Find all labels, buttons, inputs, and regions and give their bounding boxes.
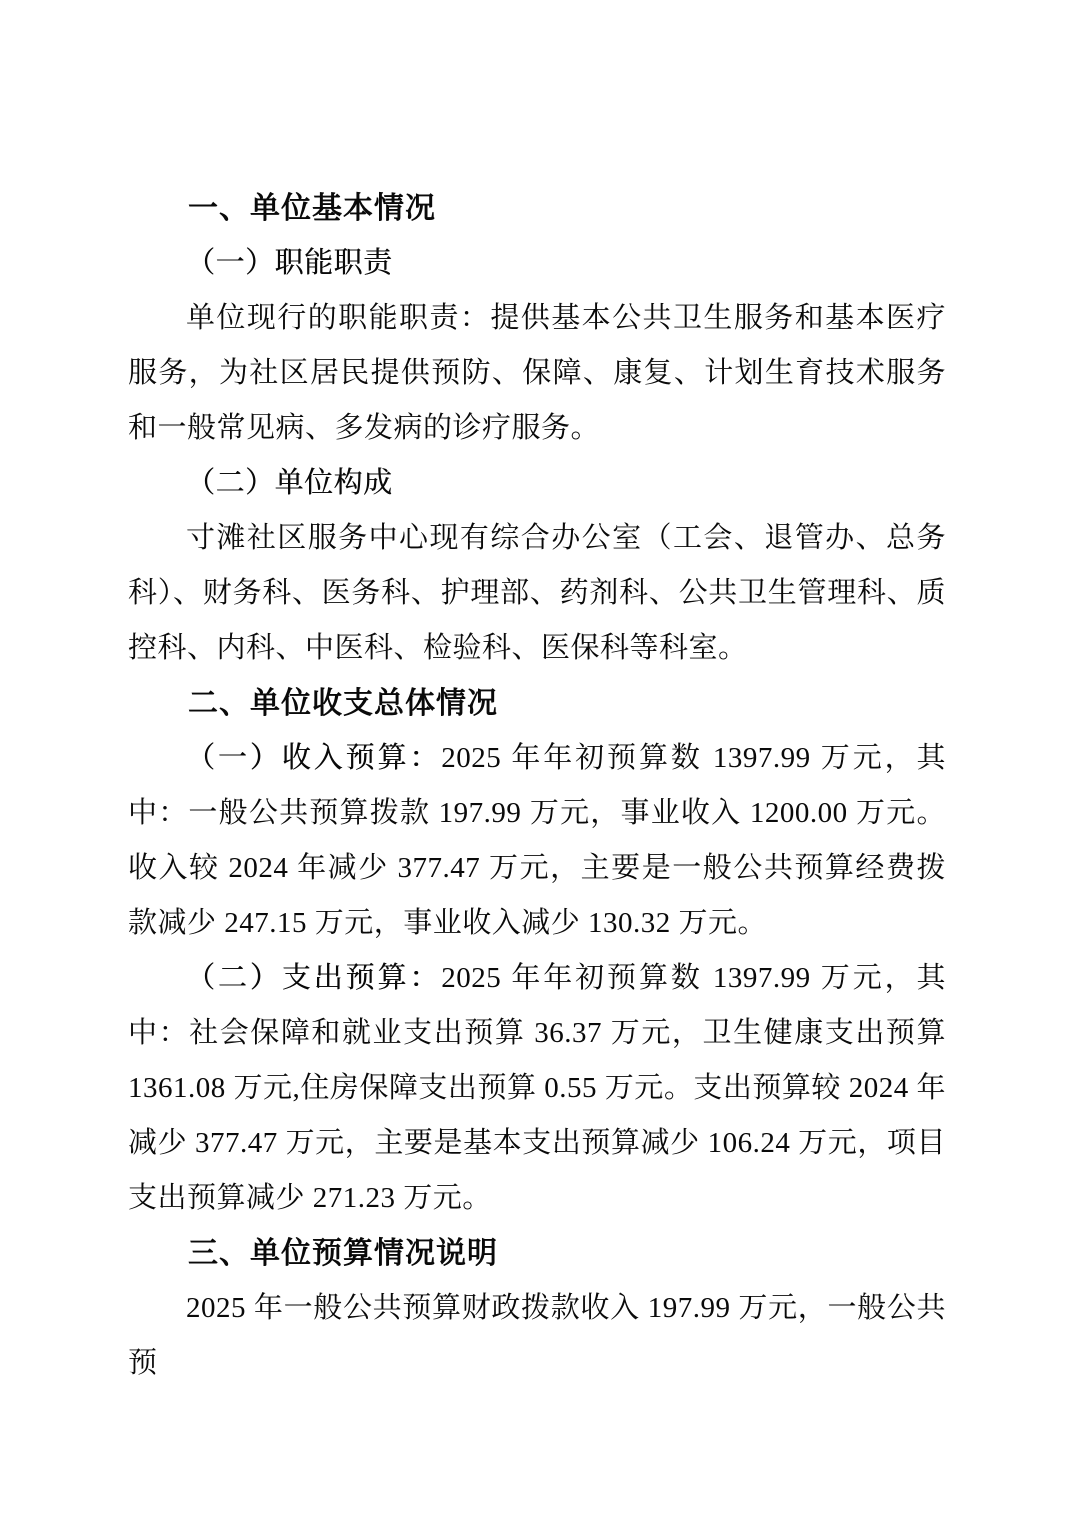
- section-2-heading: 二、单位收支总体情况: [128, 676, 946, 731]
- document-page: 一、单位基本情况 （一）职能职责 单位现行的职能职责：提供基本公共卫生服务和基本…: [0, 0, 1074, 1520]
- paragraph-income-budget: （一）收入预算：2025 年年初预算数 1397.99 万元，其中：一般公共预算…: [128, 731, 946, 951]
- document-body: 一、单位基本情况 （一）职能职责 单位现行的职能职责：提供基本公共卫生服务和基本…: [128, 181, 946, 1391]
- section-1-heading: 一、单位基本情况: [128, 181, 946, 236]
- section-3-heading: 三、单位预算情况说明: [128, 1226, 946, 1281]
- paragraph-composition: 寸滩社区服务中心现有综合办公室（工会、退管办、总务科）、财务科、医务科、护理部、…: [128, 511, 946, 676]
- subsection-1-1-heading: （一）职能职责: [128, 236, 946, 291]
- subsection-1-2-heading: （二）单位构成: [128, 456, 946, 511]
- paragraph-budget-explanation: 2025 年一般公共预算财政拨款收入 197.99 万元，一般公共预: [128, 1281, 946, 1391]
- expenditure-budget-label: （二）支出预算：: [186, 962, 441, 994]
- paragraph-expenditure-budget: （二）支出预算：2025 年年初预算数 1397.99 万元，其中：社会保障和就…: [128, 951, 946, 1226]
- expenditure-budget-text: 2025 年年初预算数 1397.99 万元，其中：社会保障和就业支出预算 36…: [128, 962, 946, 1214]
- paragraph-duties: 单位现行的职能职责：提供基本公共卫生服务和基本医疗服务，为社区居民提供预防、保障…: [128, 291, 946, 456]
- income-budget-label: （一）收入预算：: [186, 742, 441, 774]
